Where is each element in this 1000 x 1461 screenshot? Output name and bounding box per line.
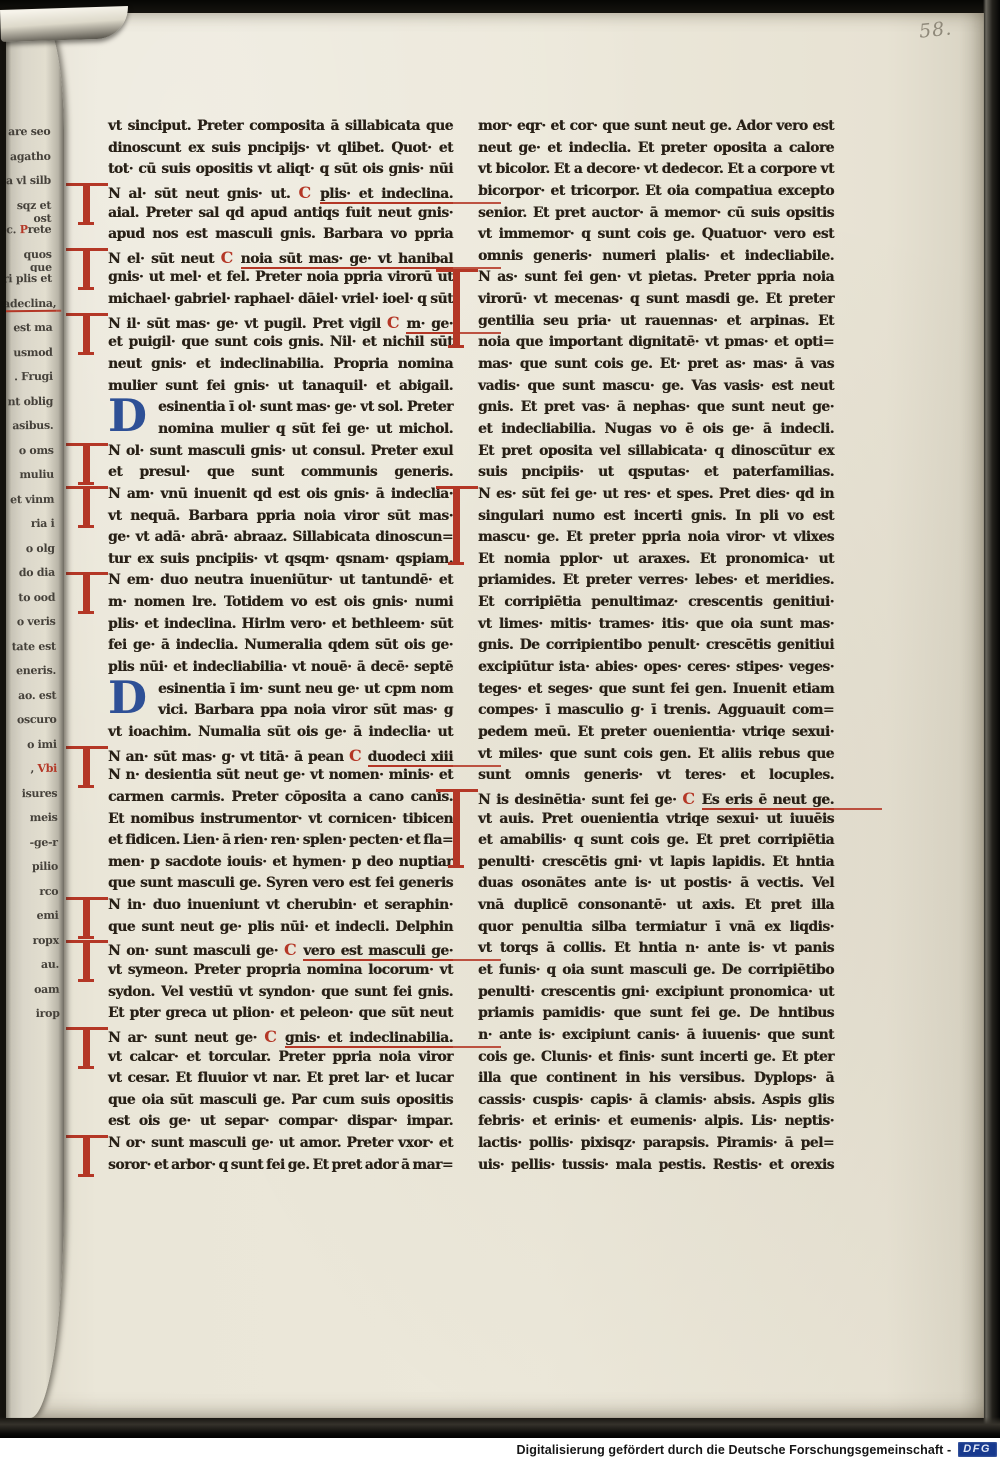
- text-line: teges· et seges· que sunt fei gen. Inuen…: [478, 681, 834, 703]
- text-line: gnis. Et pret vas· ā nephas· que sunt ne…: [478, 399, 834, 421]
- margin-fragment-line: quos que: [6, 247, 61, 272]
- text-line: N is desinētia· sunt fei ge· C Es eris ē…: [478, 789, 834, 811]
- margin-fragment-line: meis: [8, 811, 64, 836]
- margin-fragment-line: rco: [9, 884, 64, 909]
- text-line: N ar· sunt neut ge· C gnis· et indeclina…: [108, 1027, 453, 1049]
- rubric-underlined-text: m· ge·: [406, 316, 453, 334]
- capitulum-mark: C: [264, 1027, 276, 1046]
- text-line: vnā duplicē consonantē· ut axis. Et pret…: [478, 897, 834, 919]
- text-line: bicorpor· et tricorpor. Et oia compatiua…: [478, 183, 834, 205]
- margin-fragment-line: asibus.: [6, 419, 63, 444]
- text-line: et fidicen. Lien· ā rien· ren· splen· pe…: [108, 832, 453, 854]
- text-line: et funis· q oia sunt masculi ge. De corr…: [478, 962, 834, 984]
- margin-fragment-line: irop: [10, 1007, 64, 1032]
- text-line: excipiūtur ista· abies· opes· ceres· sti…: [478, 659, 834, 681]
- text-line: et puigil· que sunt cois gnis. Nil· et n…: [108, 334, 453, 356]
- margin-fragment-line: agatho: [6, 149, 60, 174]
- text-line: N n· desientia sūt neut ge· vt nomen· mi…: [108, 767, 453, 789]
- text-line: vt calcar· et torcular. Preter ppria noi…: [108, 1049, 453, 1071]
- rubric-underlined-text: plis· et indeclina.: [320, 186, 453, 204]
- capitulum-mark: C: [298, 183, 310, 202]
- text-line: vt bicolor. Et a decore· vt dedecor. Et …: [478, 161, 834, 183]
- text-line: mascu· ge. Et preter ppria noia viror· v…: [478, 529, 834, 551]
- margin-fragment-line: ria i: [6, 517, 64, 542]
- text-line: senior. Et pret auctor· ā memor· cū suis…: [478, 205, 834, 227]
- text-line: fei ge· ā indeclia. Numeralia qdem sūt o…: [108, 637, 453, 659]
- red-initial-i: [83, 942, 90, 981]
- text-line: Et corripiētia penultimaz· crescentis ge…: [478, 594, 834, 616]
- rubric-underlined-text: adeclina,: [6, 296, 56, 312]
- margin-fragment-line: sqz et ost: [6, 198, 60, 223]
- text-line: vt miles· que sunt cois gen. Et aliis re…: [478, 746, 834, 768]
- text-line: n· ante is· excipiunt canis· ā iuuenis· …: [478, 1027, 834, 1049]
- margin-fragment-line: to ood: [6, 590, 64, 615]
- margin-fragment-line: est ma: [6, 321, 62, 346]
- text-line: illa que continent in his versibus. Dypl…: [478, 1070, 834, 1092]
- text-line: cois ge. Clunis· et finis· sunt incerti …: [478, 1049, 834, 1071]
- margin-fragment-line: c. Prete: [6, 223, 61, 248]
- red-initial-i: [83, 1029, 90, 1068]
- red-initial-i: [83, 488, 90, 527]
- text-line: vadis· que sunt mascu· ge. Vas vasis· es…: [478, 378, 834, 400]
- capitulum-mark: C: [387, 313, 399, 332]
- margin-fragment-line: et vinm: [6, 492, 63, 517]
- margin-fragment-line: oscuro: [7, 713, 64, 738]
- text-line: que sunt neut ge· plis nūi· et indecli. …: [108, 919, 453, 941]
- text-line: neut ge· et indeclia. Et preter oposita …: [478, 140, 834, 162]
- red-initial-i: [83, 574, 90, 613]
- text-line: noia que important dignitatē· vt pmas· e…: [478, 334, 834, 356]
- text-line: N on· sunt masculi ge· C vero est mascul…: [108, 940, 453, 962]
- text-line: est ois ge· ut separ· compar· dispar· im…: [108, 1113, 453, 1135]
- text-line: et indecliabilia. Nugas vo ē ois ge· ā i…: [478, 421, 834, 443]
- text-line: gentilia seu pria· ut rauennas· et arpin…: [478, 313, 834, 335]
- red-initial-i: [83, 250, 90, 289]
- text-line: sunt omnis generis· vt teres· et locuple…: [478, 767, 834, 789]
- margin-fragment-line: emi: [9, 909, 64, 934]
- margin-fragment-line: usmod: [6, 345, 62, 370]
- text-line: lactis· pollis· pixisqz· parapsis. Piram…: [478, 1135, 834, 1157]
- text-line: priamis pamidis· que sunt fei ge. De hnt…: [478, 1005, 834, 1027]
- margin-fragment-line: ropx: [10, 933, 64, 958]
- text-line: N as· sunt fei gen· vt pietas. Preter pp…: [478, 269, 834, 291]
- margin-fragments: are seoagathoa vl silbsqz et ostc. Prete…: [6, 125, 64, 1032]
- text-line: tur ex suis pncipiis· vt qsqm· qsnam· qs…: [108, 551, 453, 573]
- text-line: soror· et arbor· q sunt fei ge. Et pret …: [108, 1157, 453, 1179]
- capitulum-mark: C: [349, 746, 361, 765]
- dfg-logo: DFG: [958, 1442, 997, 1457]
- margin-fragment-line: muliu: [6, 468, 63, 493]
- capitulum-mark: C: [221, 248, 233, 267]
- text-line: gnis. De corripientibo penult· crescētis…: [478, 637, 834, 659]
- text-line: que oia sūt masculi ge. Par cum suis opo…: [108, 1092, 453, 1114]
- margin-fragment-line: adeclina,: [6, 296, 61, 321]
- text-line: tot· cū suis opositis vt aliqt· q sūt oi…: [108, 161, 453, 183]
- rubric-text: P: [20, 223, 28, 236]
- text-line: quor penultia silba termiatur ī vnā ex l…: [478, 919, 834, 941]
- red-initial-i: [453, 488, 460, 564]
- margin-fragment-line: . Frugi: [6, 370, 62, 395]
- rubric-underlined-text: noia sūt mas· ge· vt hanibal: [241, 251, 453, 269]
- text-line: et amabilis· q sunt cois ge. Et pret cor…: [478, 832, 834, 854]
- text-line: vici. Barbara ppa noia viror sūt mas· g: [108, 702, 453, 724]
- text-line: N an· sūt mas· g· vt titā· ā pean C duod…: [108, 746, 453, 768]
- margin-fragment-line: oam: [10, 982, 64, 1007]
- red-initial-i: [83, 185, 90, 224]
- text-line: vt sinciput. Preter composita ā sillabic…: [108, 118, 453, 140]
- text-line: omnis generis· numeri plalis· et indecli…: [478, 248, 834, 270]
- rubric-text: Vbi: [37, 762, 57, 775]
- margin-fragment-line: isures: [8, 786, 64, 811]
- text-line: Et nomibus instrumentor· vt cornicen· ti…: [108, 811, 453, 833]
- text-line: vt cesar. Et fluuior vt nar. Et pret lar…: [108, 1070, 453, 1092]
- text-line: vt nequā. Barbara ppria noia viror sūt m…: [108, 508, 453, 530]
- manuscript-page: 58. vt sinciput. Preter composita ā sill…: [10, 13, 984, 1418]
- text-line: virorū· vt mecenas· q sunt masdi ge. Et …: [478, 291, 834, 313]
- text-line: compes· ī masculio g· ī trenis. Agguauit…: [478, 702, 834, 724]
- text-line: N or· sunt masculi ge· ut amor. Preter v…: [108, 1135, 453, 1157]
- text-line: aial. Preter sal qd apud antiqs fuit neu…: [108, 205, 453, 227]
- text-line: penulti· crescentis gni· excipiunt prono…: [478, 984, 834, 1006]
- margin-fragment-line: tate est: [7, 639, 64, 664]
- book-edge-bottom: [0, 1417, 1000, 1438]
- red-initial-i: [83, 1137, 90, 1176]
- capitulum-mark: C: [284, 940, 296, 959]
- text-line: penulti· crescētis gni· vt lapis lapidis…: [478, 854, 834, 876]
- margin-fragment-line: o oms: [6, 443, 63, 468]
- text-line: mas· que sunt cois ge. Et· pret as· mas·…: [478, 356, 834, 378]
- text-line: Et pret oposita vel sillabicata· q dinos…: [478, 443, 834, 465]
- text-line: vt symeon. Preter propria nomina locorum…: [108, 962, 453, 984]
- text-line: vt ioachim. Numalia sūt ois ge· ā indecl…: [108, 724, 453, 746]
- text-line: Desinentia ī ol· sunt mas· ge· vt sol. P…: [108, 399, 453, 421]
- text-column-left: vt sinciput. Preter composita ā sillabic…: [108, 118, 453, 1178]
- text-line: vt auis. Pret ouenientia vtriqe sexui· u…: [478, 811, 834, 833]
- text-line: N em· duo neutra inueniūtur· ut tantundē…: [108, 572, 453, 594]
- margin-fragment-line: ri plis et: [6, 272, 61, 297]
- text-line: vt limes· mitis· trames· itis· que oia s…: [478, 616, 834, 638]
- text-line: et presul· que sunt communis generis.: [108, 464, 453, 486]
- red-initial-i: [453, 271, 460, 347]
- text-line: nomina mulier q sūt fei ge· ut michol.: [108, 421, 453, 443]
- margin-fragment-line: o veris: [6, 615, 64, 640]
- text-line: priamides. Et preter verres· lebes· et m…: [478, 572, 834, 594]
- text-line: michael· gabriel· raphael· dāiel· vriel·…: [108, 291, 453, 313]
- digitization-caption: Digitalisierung gefördert durch die Deut…: [517, 1443, 952, 1457]
- text-line: mulier sunt fei gnis· ut tanaquil· et ab…: [108, 378, 453, 400]
- text-line: sydon. Vel vestiū vt syndon· que sunt fe…: [108, 984, 453, 1006]
- text-line: m· nomen lre. Totidem vo est ois gnis· n…: [108, 594, 453, 616]
- text-line: cassis· cuspis· capis· ā clamis· absis. …: [478, 1092, 834, 1114]
- text-line: N el· sūt neut C noia sūt mas· ge· vt ha…: [108, 248, 453, 270]
- text-line: N am· vnū inuenit qd est ois gnis· ā ind…: [108, 486, 453, 508]
- margin-fragment-line: ao. est: [7, 688, 64, 713]
- text-line: duas osonātes ante is· ut postis· ā vect…: [478, 875, 834, 897]
- capitulum-mark: C: [682, 789, 694, 808]
- text-line: dinoscunt ex suis pncipijs· vt qlibet. Q…: [108, 140, 453, 162]
- folio-number: 58.: [918, 17, 953, 42]
- text-line: plis nūi· et indecliabilia· vt nouē· ā d…: [108, 659, 453, 681]
- red-initial-i: [83, 748, 90, 787]
- text-line: N es· sūt fei ge· ut res· et spes. Pret …: [478, 486, 834, 508]
- text-line: N in· duo inueniunt vt cherubin· et sera…: [108, 897, 453, 919]
- text-line: plis· et indeclina. Hirlm vero· et bethl…: [108, 616, 453, 638]
- rubric-underlined-text: gnis· et indeclinabilia.: [285, 1030, 453, 1048]
- text-line: que sunt masculi ge. Syren vero est fei …: [108, 875, 453, 897]
- margin-fragment-line: do dia: [6, 566, 64, 591]
- margin-fragment-line: o olg: [6, 541, 64, 566]
- text-line: uis· pellis· tussis· mala pestis. Restis…: [478, 1157, 834, 1179]
- text-line: febris· et erinis· et eumenis· alpis. Li…: [478, 1113, 834, 1135]
- margin-fragment-line: -ge-r: [9, 835, 64, 860]
- text-line: ge· vt adā· abrā· abraaz. Sillabicata di…: [108, 529, 453, 551]
- text-line: N ol· sunt masculi gnis· ut consul. Pret…: [108, 443, 453, 465]
- rubric-underlined-text: Es eris ē neut ge.: [702, 792, 834, 810]
- margin-fragment-line: , Vbi: [8, 762, 64, 787]
- text-line: suis pncipiis· ut qsputas· et paterfamil…: [478, 464, 834, 486]
- text-column-right: mor· eqr· et cor· que sunt neut ge. Ador…: [478, 118, 834, 1178]
- text-line: mor· eqr· et cor· que sunt neut ge. Ador…: [478, 118, 834, 140]
- margin-fragment-line: o imi: [8, 737, 64, 762]
- text-line: apud nos est masculi gnis. Barbara vo pp…: [108, 226, 453, 248]
- book-edge-right: [983, 0, 1000, 1438]
- text-line: carmen carmis. Preter cōposita a cano ca…: [108, 789, 453, 811]
- red-initial-i: [83, 445, 90, 484]
- margin-fragment-line: are seo: [6, 125, 60, 150]
- text-line: N il· sūt mas· ge· vt pugil. Pret vigil …: [108, 313, 453, 335]
- text-line: singulari numo est incerti gnis. In pli …: [478, 508, 834, 530]
- text-line: Desinentia ī im· sunt neu ge· ut cpm nom: [108, 681, 453, 703]
- text-line: men· p sacdote iouis· et hymen· p deo nu…: [108, 854, 453, 876]
- red-initial-i: [453, 791, 460, 867]
- rubric-underlined-text: duodeci xiii: [368, 749, 453, 767]
- text-line: pedem meū. Et preter ouenientia· vtriqe …: [478, 724, 834, 746]
- previous-page-edge: are seoagathoa vl silbsqz et ostc. Prete…: [6, 13, 64, 1418]
- text-line: vt immemor· q sunt cois ge. Quatuor· ver…: [478, 226, 834, 248]
- text-line: neut gnis· et indeclinabilia. Propria no…: [108, 356, 453, 378]
- text-line: Et nomia pplor· ut araxes. Et pronomica·…: [478, 551, 834, 573]
- margin-fragment-line: eneris.: [7, 664, 64, 689]
- red-initial-i: [83, 899, 90, 938]
- text-line: vt torqs ā collis. Et hntia n· ante is· …: [478, 940, 834, 962]
- digitization-caption-bar: Digitalisierung gefördert durch die Deut…: [0, 1438, 1000, 1461]
- text-line: Et pter greca ut plion· et peleon· que s…: [108, 1005, 453, 1027]
- rubric-underlined-text: vero est masculi ge·: [303, 943, 453, 961]
- margin-fragment-line: au.: [10, 958, 64, 983]
- text-line: gnis· ut mel· et fel. Preter noia ppria …: [108, 269, 453, 291]
- margin-fragment-line: pilio: [9, 860, 64, 885]
- margin-fragment-line: nt oblig: [6, 394, 62, 419]
- text-line: N al· sūt neut gnis· ut. C plis· et inde…: [108, 183, 453, 205]
- margin-fragment-line: a vl silb: [6, 174, 60, 199]
- red-initial-i: [83, 315, 90, 354]
- manuscript-photo: 58. vt sinciput. Preter composita ā sill…: [0, 0, 1000, 1438]
